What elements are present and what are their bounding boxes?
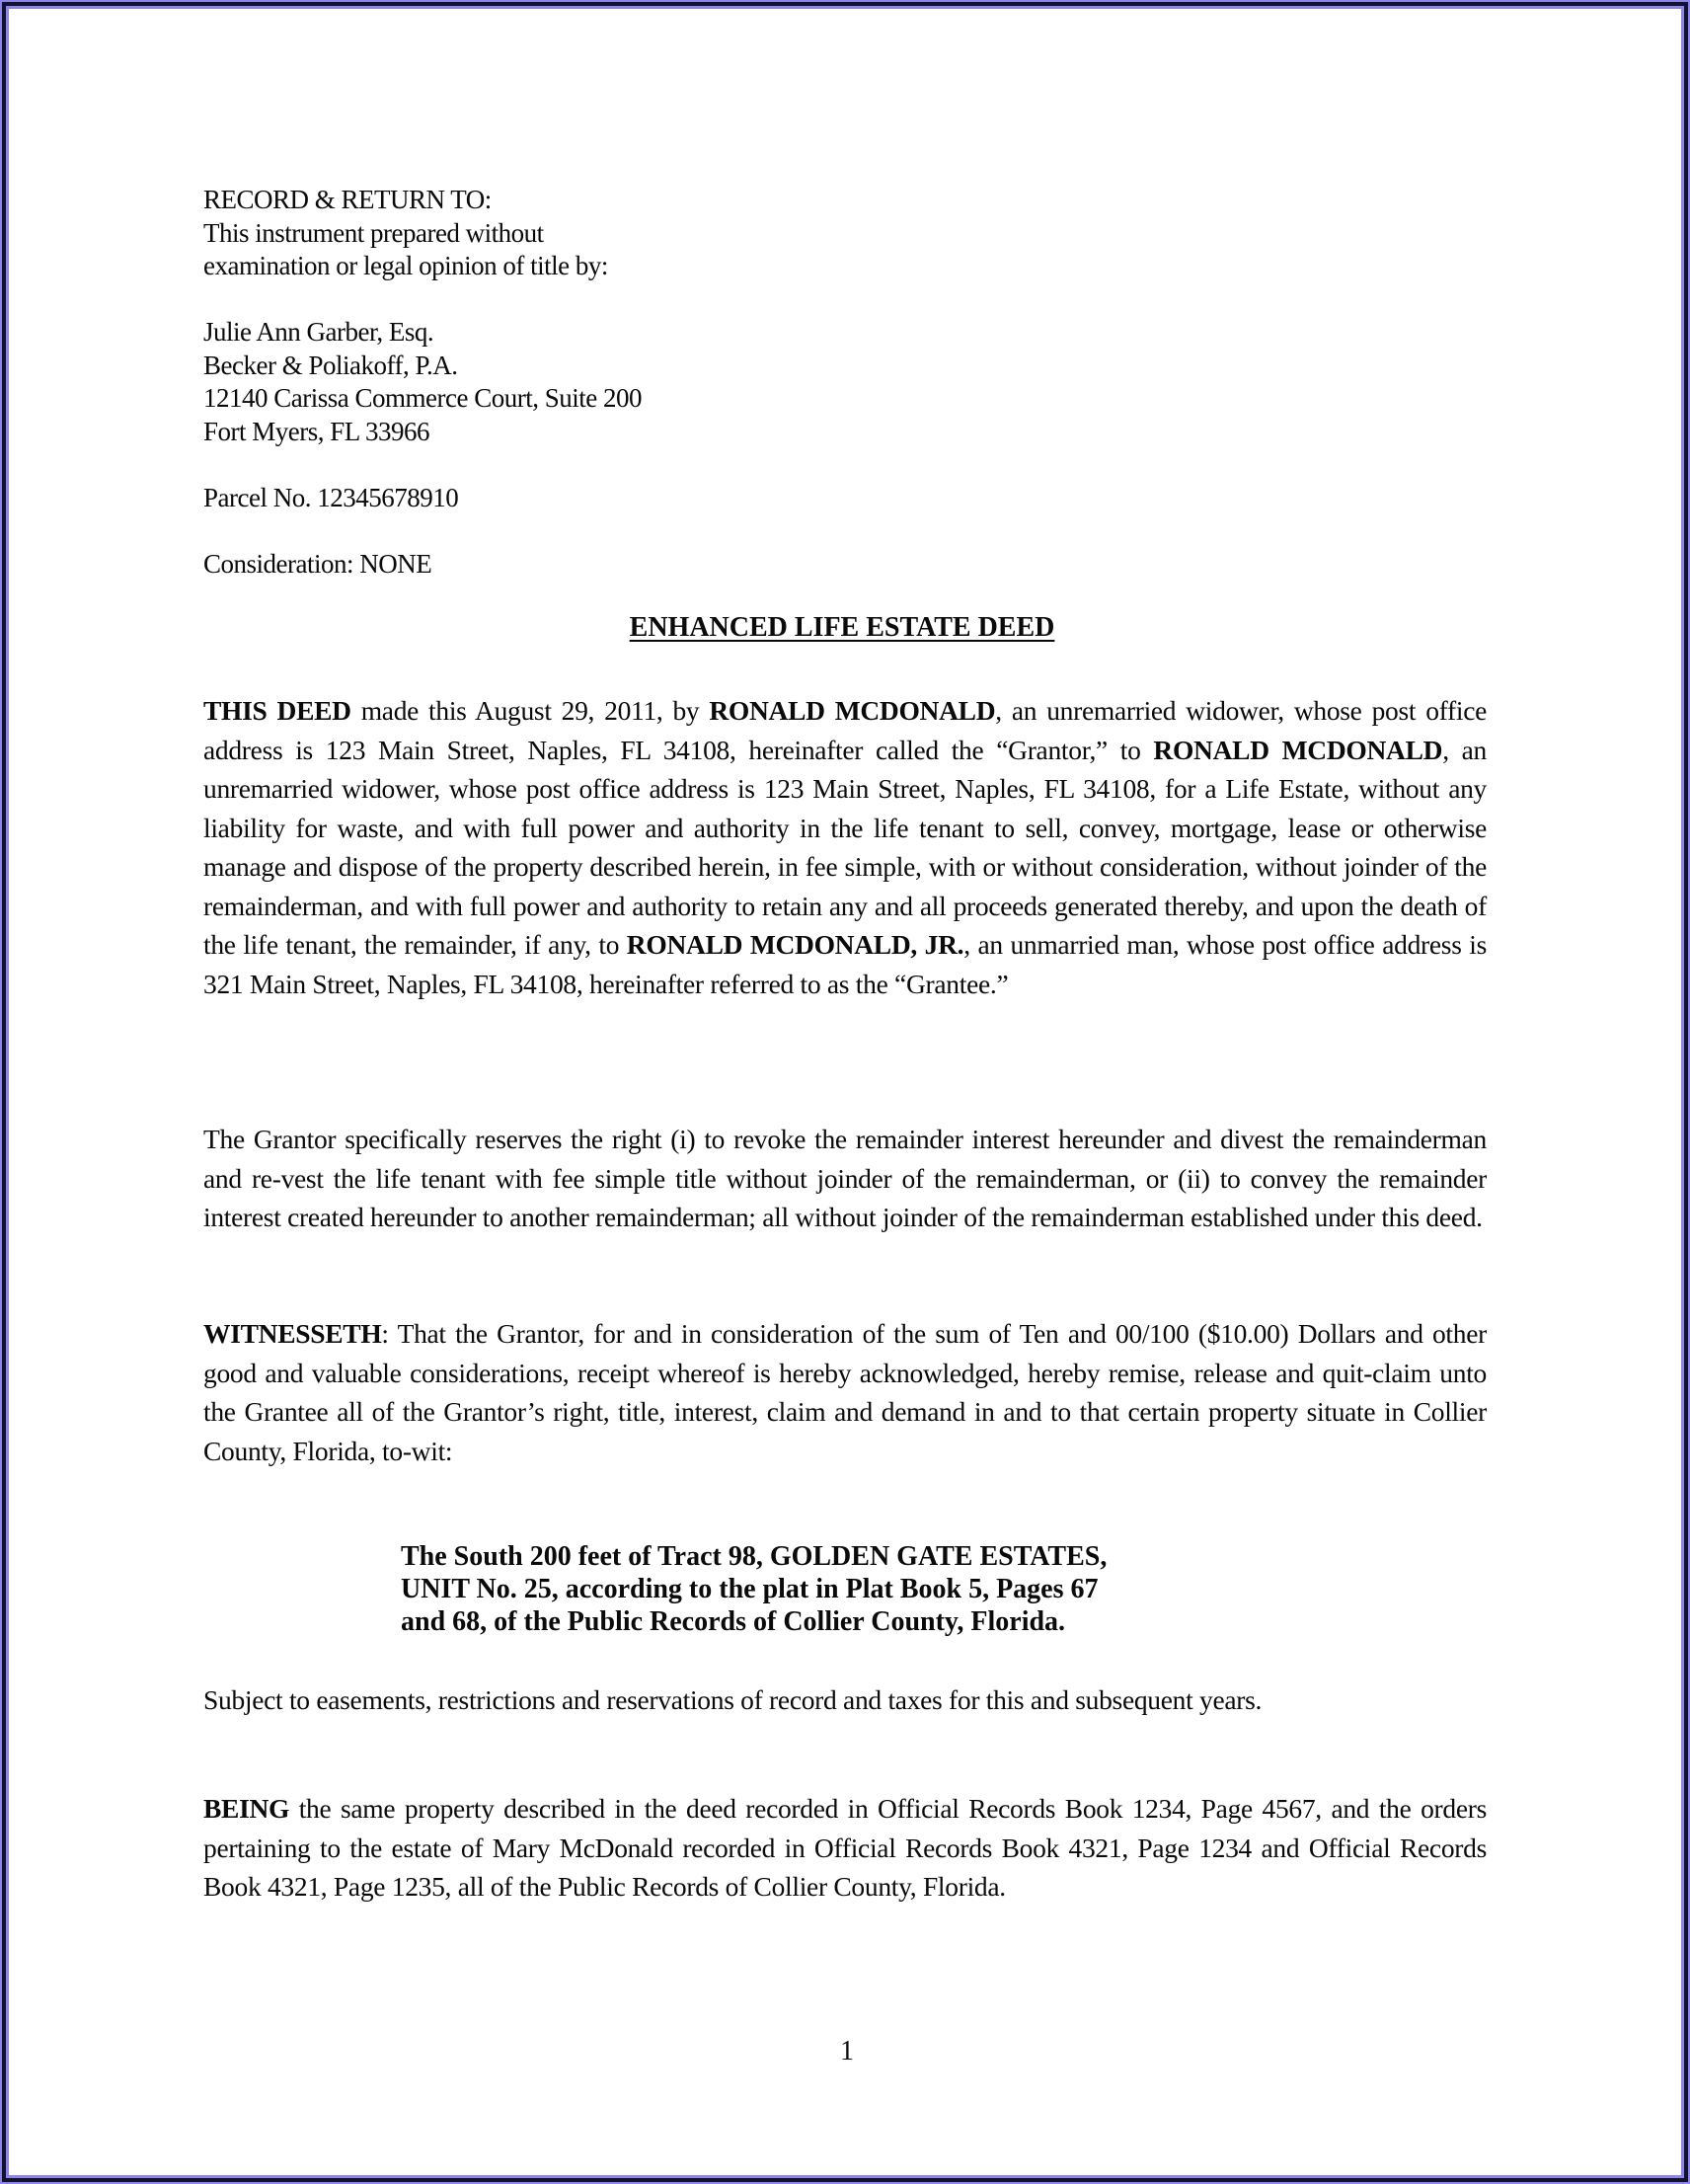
preparer-name: Julie Ann Garber, Esq.	[203, 316, 642, 350]
prepared-statement-line-2: examination or legal opinion of title by…	[203, 250, 642, 283]
being-lead: BEING	[203, 1793, 289, 1824]
spacer	[203, 448, 642, 482]
parcel-number: Parcel No. 12345678910	[203, 482, 642, 515]
deed-text-1: made this August 29, 2011, by	[351, 695, 710, 726]
prepared-statement-line-1: This instrument prepared without	[203, 217, 642, 251]
spacer	[203, 283, 642, 317]
witnesseth-paragraph: WITNESSETH: That the Grantor, for and in…	[203, 1314, 1487, 1470]
preparer-address-line-1: 12140 Carissa Commerce Court, Suite 200	[203, 382, 642, 416]
witnesseth-lead: WITNESSETH	[203, 1318, 381, 1349]
legal-description-line: and 68, of the Public Records of Collier…	[401, 1605, 1289, 1638]
grantor-name: RONALD MCDONALD	[709, 695, 995, 726]
document-page: RECORD & RETURN TO: This instrument prep…	[0, 0, 1690, 2184]
preparer-firm: Becker & Poliakoff, P.A.	[203, 350, 642, 383]
document-title: ENHANCED LIFE ESTATE DEED	[0, 612, 1687, 644]
deed-paragraph: THIS DEED made this August 29, 2011, by …	[203, 691, 1487, 1003]
spacer	[203, 514, 642, 548]
preparer-address-line-2: Fort Myers, FL 33966	[203, 416, 642, 449]
deed-text-3: , an unremarried widower, whose post off…	[203, 735, 1487, 961]
consideration: Consideration: NONE	[203, 548, 642, 582]
legal-description-line: The South 200 feet of Tract 98, GOLDEN G…	[401, 1540, 1289, 1573]
deed-lead: THIS DEED	[203, 695, 351, 726]
life-tenant-name: RONALD MCDONALD	[1153, 735, 1442, 765]
legal-description-line: UNIT No. 25, according to the plat in Pl…	[401, 1573, 1289, 1605]
being-paragraph: BEING the same property described in the…	[203, 1789, 1487, 1907]
being-text: the same property described in the deed …	[203, 1793, 1487, 1902]
record-return-label: RECORD & RETURN TO:	[203, 184, 642, 217]
subject-to-paragraph: Subject to easements, restrictions and r…	[203, 1680, 1487, 1720]
witnesseth-text: : That the Grantor, for and in considera…	[203, 1318, 1487, 1466]
page-number: 1	[2, 2036, 1690, 2067]
legal-description: The South 200 feet of Tract 98, GOLDEN G…	[401, 1540, 1289, 1638]
reservation-paragraph: The Grantor specifically reserves the ri…	[203, 1120, 1487, 1237]
grantee-name: RONALD MCDONALD, JR.	[627, 929, 963, 960]
return-address-block: RECORD & RETURN TO: This instrument prep…	[203, 184, 642, 581]
